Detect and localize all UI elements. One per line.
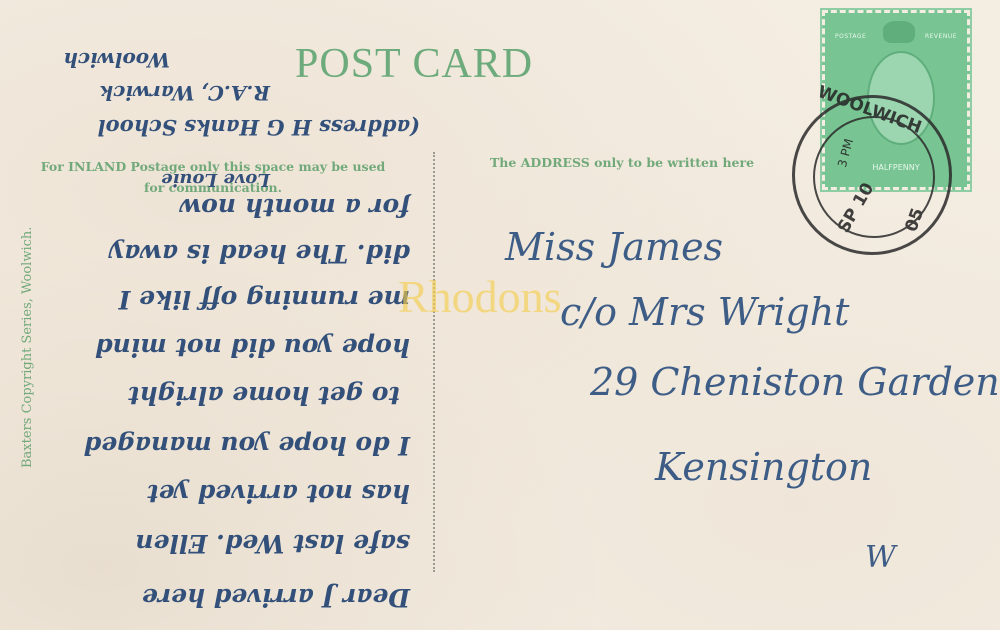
message-line: safe last Wed. Ellen: [135, 529, 410, 558]
message-line: did. The head is away: [110, 239, 410, 268]
message-line: to get home alright: [128, 381, 400, 410]
dotted-divider: [433, 152, 435, 572]
stamp-label-postage: POSTAGE: [835, 33, 866, 40]
message-signature: Love Louie: [161, 169, 270, 190]
handwritten-message: Dear J arrived here safe last Wed. Ellen…: [20, 20, 430, 620]
postmark: WOOLWICH 3 PM SP 10 05: [792, 95, 952, 255]
message-line: has not arrived yet: [147, 479, 410, 508]
crown-icon: [883, 21, 915, 43]
return-address-line: (address H G Hanks School: [98, 115, 420, 140]
postcard: POST CARD For INLAND Postage only this s…: [0, 0, 1000, 630]
return-address-line: R.A.C, Warwick: [99, 81, 270, 105]
stamp-label-revenue: REVENUE: [925, 33, 957, 40]
return-address-line: Woolwich: [63, 48, 170, 72]
message-line: I do hope you managed: [84, 431, 410, 460]
message-line: for a month now: [180, 193, 410, 222]
message-line: hope you did not mind: [95, 333, 410, 362]
address-notice: The ADDRESS only to be written here: [490, 155, 754, 170]
message-line: me running off like I: [119, 285, 410, 314]
message-line: Dear J arrived here: [142, 583, 410, 612]
address-line-care-of: c/o Mrs Wright: [560, 290, 849, 334]
address-line-street: 29 Cheniston Gardens: [590, 360, 1000, 404]
address-line-recipient: Miss James: [505, 225, 723, 269]
address-line-district: W: [865, 540, 896, 575]
address-line-town: Kensington: [655, 445, 872, 489]
